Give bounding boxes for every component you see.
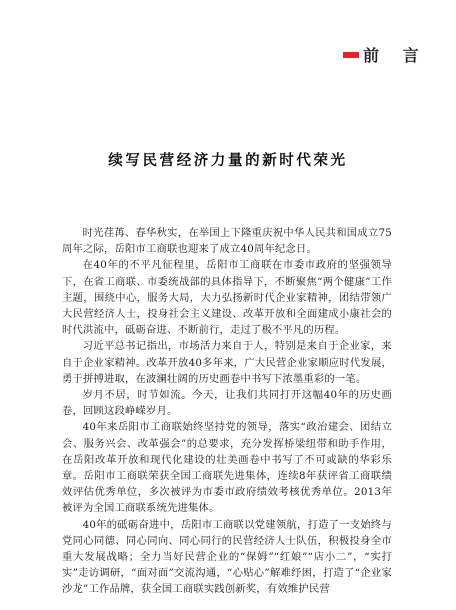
paragraph: 习近平总书记指出，市场活力来自于人，特别是来自于企业家，来自于企业家精神。改革开…	[62, 338, 392, 387]
article-body: 时光荏苒、春华秋实，在举国上下隆重庆祝中华人民共和国成立75周年之际，岳阳市工商…	[62, 225, 392, 598]
paragraph: 岁月不居，时节如流。今天，让我们共同打开这幅40年的历史画卷，回顾这段峥嵘岁月。	[62, 387, 392, 419]
paragraph: 40年来岳阳市工商联始终坚持党的领导，落实“政治建会、团结立会、服务兴会、改革强…	[62, 419, 392, 516]
section-title: 前 言	[363, 43, 428, 66]
paragraph: 40年的砥砺奋进中，岳阳市工商联以党建领航，打造了一支始终与党同心同德、同心同向…	[62, 517, 392, 598]
accent-bar	[343, 52, 359, 58]
article-title: 续写民营经济力量的新时代荣光	[0, 149, 456, 170]
paragraph: 在40年的不平凡征程里，岳阳市工商联在市委市政府的坚强领导下，在省工商联、市委统…	[62, 257, 392, 338]
section-header: 前 言	[343, 43, 428, 66]
paragraph: 时光荏苒、春华秋实，在举国上下隆重庆祝中华人民共和国成立75周年之际，岳阳市工商…	[62, 225, 392, 257]
